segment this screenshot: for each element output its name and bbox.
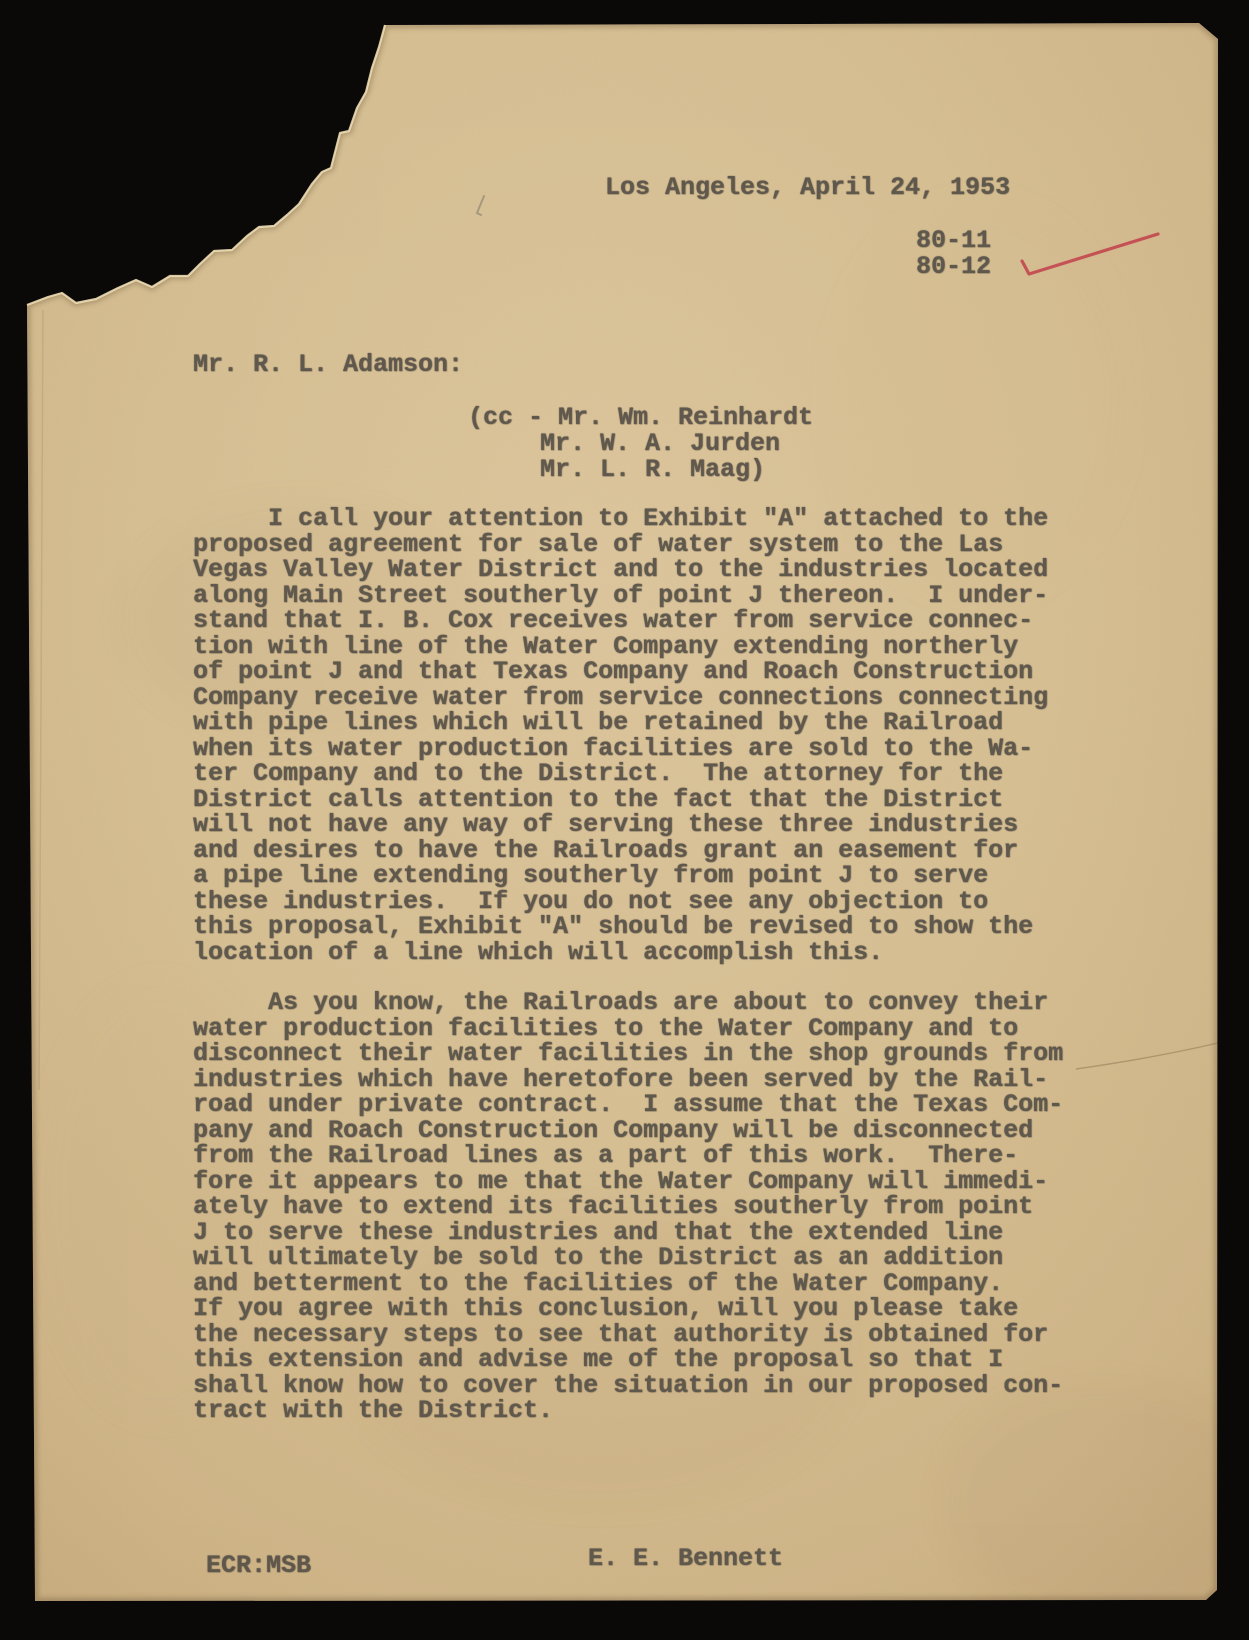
scan-background: Los Angeles, April 24, 1953 80-11 80-12 … (0, 0, 1249, 1640)
cc-line-1: (cc - Mr. Wm. Reinhardt (468, 405, 813, 431)
letter-text-layer: Los Angeles, April 24, 1953 80-11 80-12 … (0, 0, 1249, 1640)
recipient-line: Mr. R. L. Adamson: (193, 352, 463, 378)
cc-line-2: Mr. W. A. Jurden (540, 431, 780, 457)
cc-line-3: Mr. L. R. Maag) (540, 457, 765, 483)
signature: E. E. Bennett (588, 1546, 783, 1572)
typist-initials: ECR:MSB (206, 1553, 311, 1579)
body-paragraph-1: I call your attention to Exhibit "A" att… (193, 506, 1048, 965)
dateline: Los Angeles, April 24, 1953 (605, 175, 1010, 201)
file-numbers: 80-11 80-12 (916, 228, 991, 279)
body-paragraph-2: As you know, the Railroads are about to … (193, 990, 1063, 1424)
